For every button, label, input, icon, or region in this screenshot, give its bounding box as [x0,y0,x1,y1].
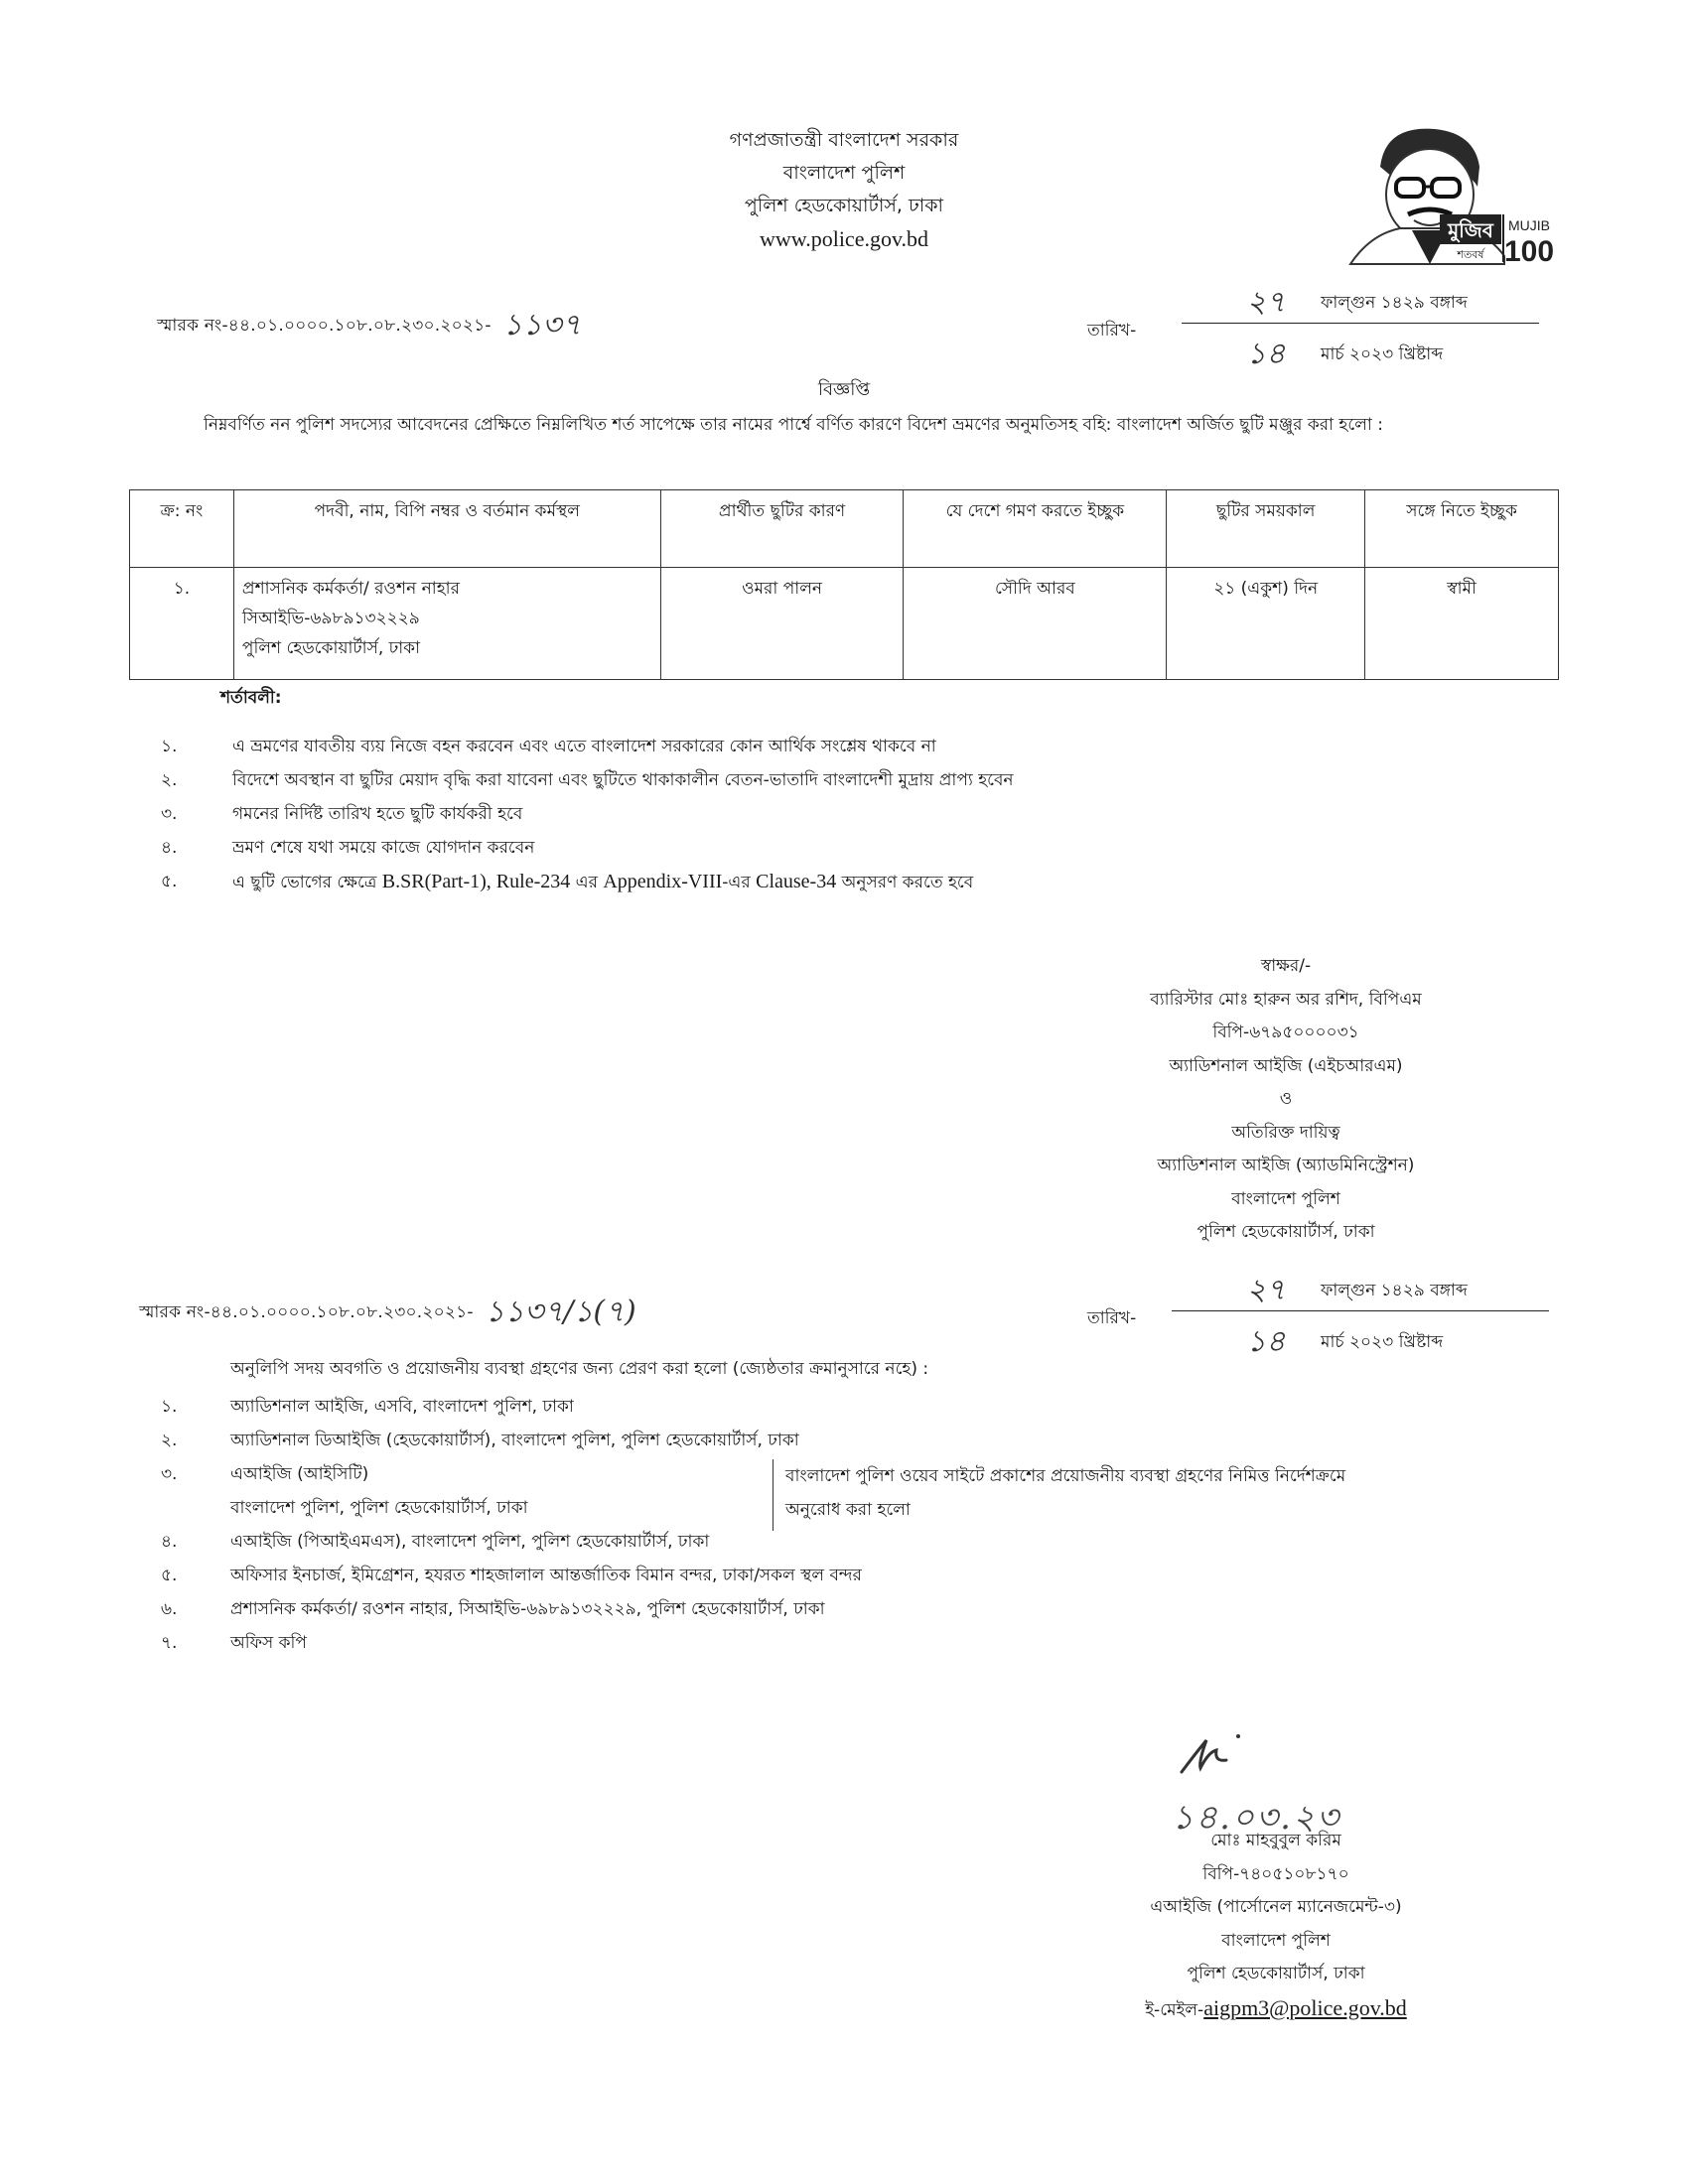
table-header-row: ক্র: নং পদবী, নাম, বিপি নম্বর ও বর্তমান … [130,490,1559,568]
mujib-100-logo: মুজিব শতবর্ষ MUJIB 100 [1331,117,1559,266]
signatory-title: এআইজি (পার্সোনেল ম্যানেজমেন্ট-৩) [1033,1891,1519,1925]
cell-companion: স্বামী [1365,568,1559,680]
signatory-name: মোঃ মাহবুবুল করিম [1033,1825,1519,1858]
cell-duration: ২১ (একুশ) দিন [1167,568,1365,680]
bangla-date: ২৭ফাল্গুন ১৪২৯ বঙ্গাব্দ [1211,1266,1529,1316]
header-reason: প্রার্থীত ছুটির কারণ [660,490,904,568]
header-country: যে দেশে গমণ করতে ইচ্ছুক [904,490,1167,568]
svg-text:মুজিব: মুজিব [1447,218,1494,243]
svg-text:MUJIB: MUJIB [1508,217,1550,233]
organization-name: বাংলাদেশ পুলিশ [496,157,1192,190]
signature-block-1: স্বাক্ষর/- ব্যারিস্টার মোঃ হারুন অর রশিদ… [1033,950,1539,1250]
gregorian-date: ১৪মার্চ ২০২৩ খ্রিষ্টাব্দ [1211,330,1529,380]
bangla-date: ২৭ফাল্গুন ১৪২৯ বঙ্গাব্দ [1211,278,1529,329]
cell-serial: ১. [130,568,234,680]
list-item: ৭.অফিস কপি [161,1626,1551,1660]
signatory-name: ব্যারিস্টার মোঃ হারুন অর রশিদ, বিপিএম [1033,984,1539,1018]
signatory-bp: বিপি-৭৪০৫১০৮১৭০ [1033,1858,1519,1892]
header-companion: সঙ্গে নিতে ইচ্ছুক [1365,490,1559,568]
svg-text:100: 100 [1504,235,1554,266]
signatory-office: পুলিশ হেডকোয়ার্টার্স, ঢাকা [1033,1958,1519,1991]
list-item: ১.এ ভ্রমণের যাবতীয় ব্যয় নিজে বহন করবেন… [161,730,1452,763]
date-divider [1172,1310,1549,1311]
date-block-1: তারিখ- ২৭ফাল্গুন ১৪২৯ বঙ্গাব্দ ১৪মার্চ ২… [1087,278,1524,373]
list-item: ৫.অফিসার ইনচার্জ, ইমিগ্রেশন, হযরত শাহজাল… [161,1559,1551,1592]
table-row: ১. প্রশাসনিক কর্মকর্তা/ রওশন নাহার সিআইভ… [130,568,1559,680]
website-publish-note: বাংলাদেশ পুলিশ ওয়েব সাইটে প্রকাশের প্রয… [773,1459,1345,1531]
cell-reason: ওমরা পালন [660,568,904,680]
additional-charge: অতিরিক্ত দায়িত্ব [1033,1117,1539,1151]
list-item: ১.অ্যাডিশনাল আইজি, এসবি, বাংলাদেশ পুলিশ,… [161,1390,1551,1424]
government-name: গণপ্রজাতন্ত্রী বাংলাদেশ সরকার [496,124,1192,157]
date-divider [1182,323,1539,324]
memo-number-1: স্মারক নং-৪৪.০১.০০০০.১০৮.০৮.২৩০.২০২১-১১৩… [157,301,581,351]
notice-title: বিজ্ঞপ্তি [0,375,1688,406]
date-block-2: তারিখ- ২৭ফাল্গুন ১৪২৯ বঙ্গাব্দ ১৪মার্চ ২… [1087,1266,1524,1361]
date-label: তারিখ- [1087,1305,1136,1333]
portrait-icon: মুজিব শতবর্ষ MUJIB 100 [1331,117,1559,266]
cell-country: সৌদি আরব [904,568,1167,680]
gregorian-date: ১৪মার্চ ২০২৩ খ্রিষ্টাব্দ [1211,1317,1529,1368]
signatory-office: পুলিশ হেডকোয়ার্টার্স, ঢাকা [1033,1216,1539,1250]
leave-table: ক্র: নং পদবী, নাম, বিপি নম্বর ও বর্তমান … [129,489,1559,680]
list-item: ৬.প্রশাসনিক কর্মকর্তা/ রওশন নাহার, সিআইভ… [161,1592,1551,1626]
header-duration: ছুটির সময়কাল [1167,490,1365,568]
date-label: তারিখ- [1087,318,1136,345]
signatory-bp: বিপি-৬৭৯৫০০০০৩১ [1033,1017,1539,1050]
copy-intro: অনুলিপি সদয় অবগতি ও প্রয়োজনীয় ব্যবস্থ… [230,1356,928,1384]
list-item: ২.অ্যাডিশনাল ডিআইজি (হেডকোয়ার্টার্স), ব… [161,1424,1551,1457]
signature-block-2: মোঃ মাহবুবুল করিম বিপি-৭৪০৫১০৮১৭০ এআইজি … [1033,1825,1519,2027]
list-item: ৩.গমনের নির্দিষ্ট তারিখ হতে ছুটি কার্যকর… [161,797,1452,831]
letterhead: গণপ্রজাতন্ত্রী বাংলাদেশ সরকার বাংলাদেশ প… [496,124,1192,255]
memo-handwritten-number: ১১৩৭ [503,308,582,342]
header-designation: পদবী, নাম, বিপি নম্বর ও বর্তমান কর্মস্থল [233,490,660,568]
svg-text:শতবর্ষ: শতবর্ষ [1457,248,1486,261]
email-line: ই-মেইল-aigpm3@police.gov.bd [1033,1991,1519,2028]
notice-intro: নিম্নবর্ণিত নন পুলিশ সদস্যের আবেদনের প্র… [129,409,1559,442]
signatory-title-2: অ্যাডিশনাল আইজি (অ্যাডমিনিস্ট্রেশন) [1033,1150,1539,1183]
cell-designation: প্রশাসনিক কর্মকর্তা/ রওশন নাহার সিআইভি-৬… [233,568,660,680]
list-item: ২.বিদেশে অবস্থান বা ছুটির মেয়াদ বৃদ্ধি … [161,763,1452,797]
signatory-org: বাংলাদেশ পুলিশ [1033,1183,1539,1217]
office-name: পুলিশ হেডকোয়ার্টার্স, ঢাকা [496,190,1192,222]
website-link[interactable]: www.police.gov.bd [496,222,1192,255]
memo-prefix: স্মারক নং-৪৪.০১.০০০০.১০৮.০৮.২৩০.২০২১- [157,316,492,336]
signature-scribble-icon [1177,1732,1256,1782]
memo-number-2: স্মারক নং-৪৪.০১.০০০০.১০৮.০৮.২৩০.২০২১-১১৩… [139,1288,636,1338]
conditions-title: শর্তাবলী: [220,685,282,713]
memo-handwritten-number: ১১৩৭/১(৭) [486,1295,636,1329]
list-item: ৫.এ ছুটি ভোগের ক্ষেত্রে B.SR(Part-1), Ru… [161,865,1452,898]
header-serial: ক্র: নং [130,490,234,568]
conditions-list: ১.এ ভ্রমণের যাবতীয় ব্যয় নিজে বহন করবেন… [161,730,1452,898]
signed-mark: স্বাক্ষর/- [1033,950,1539,984]
email-link[interactable]: aigpm3@police.gov.bd [1203,1995,1407,2020]
memo-prefix: স্মারক নং-৪৪.০১.০০০০.১০৮.০৮.২৩০.২০২১- [139,1302,474,1322]
list-item: ৪.ভ্রমণ শেষে যথা সময়ে কাজে যোগদান করবেন [161,831,1452,865]
handwritten-signature [1177,1732,1256,1786]
signatory-org: বাংলাদেশ পুলিশ [1033,1925,1519,1959]
signatory-title: অ্যাডিশনাল আইজি (এইচআরএম) [1033,1050,1539,1084]
